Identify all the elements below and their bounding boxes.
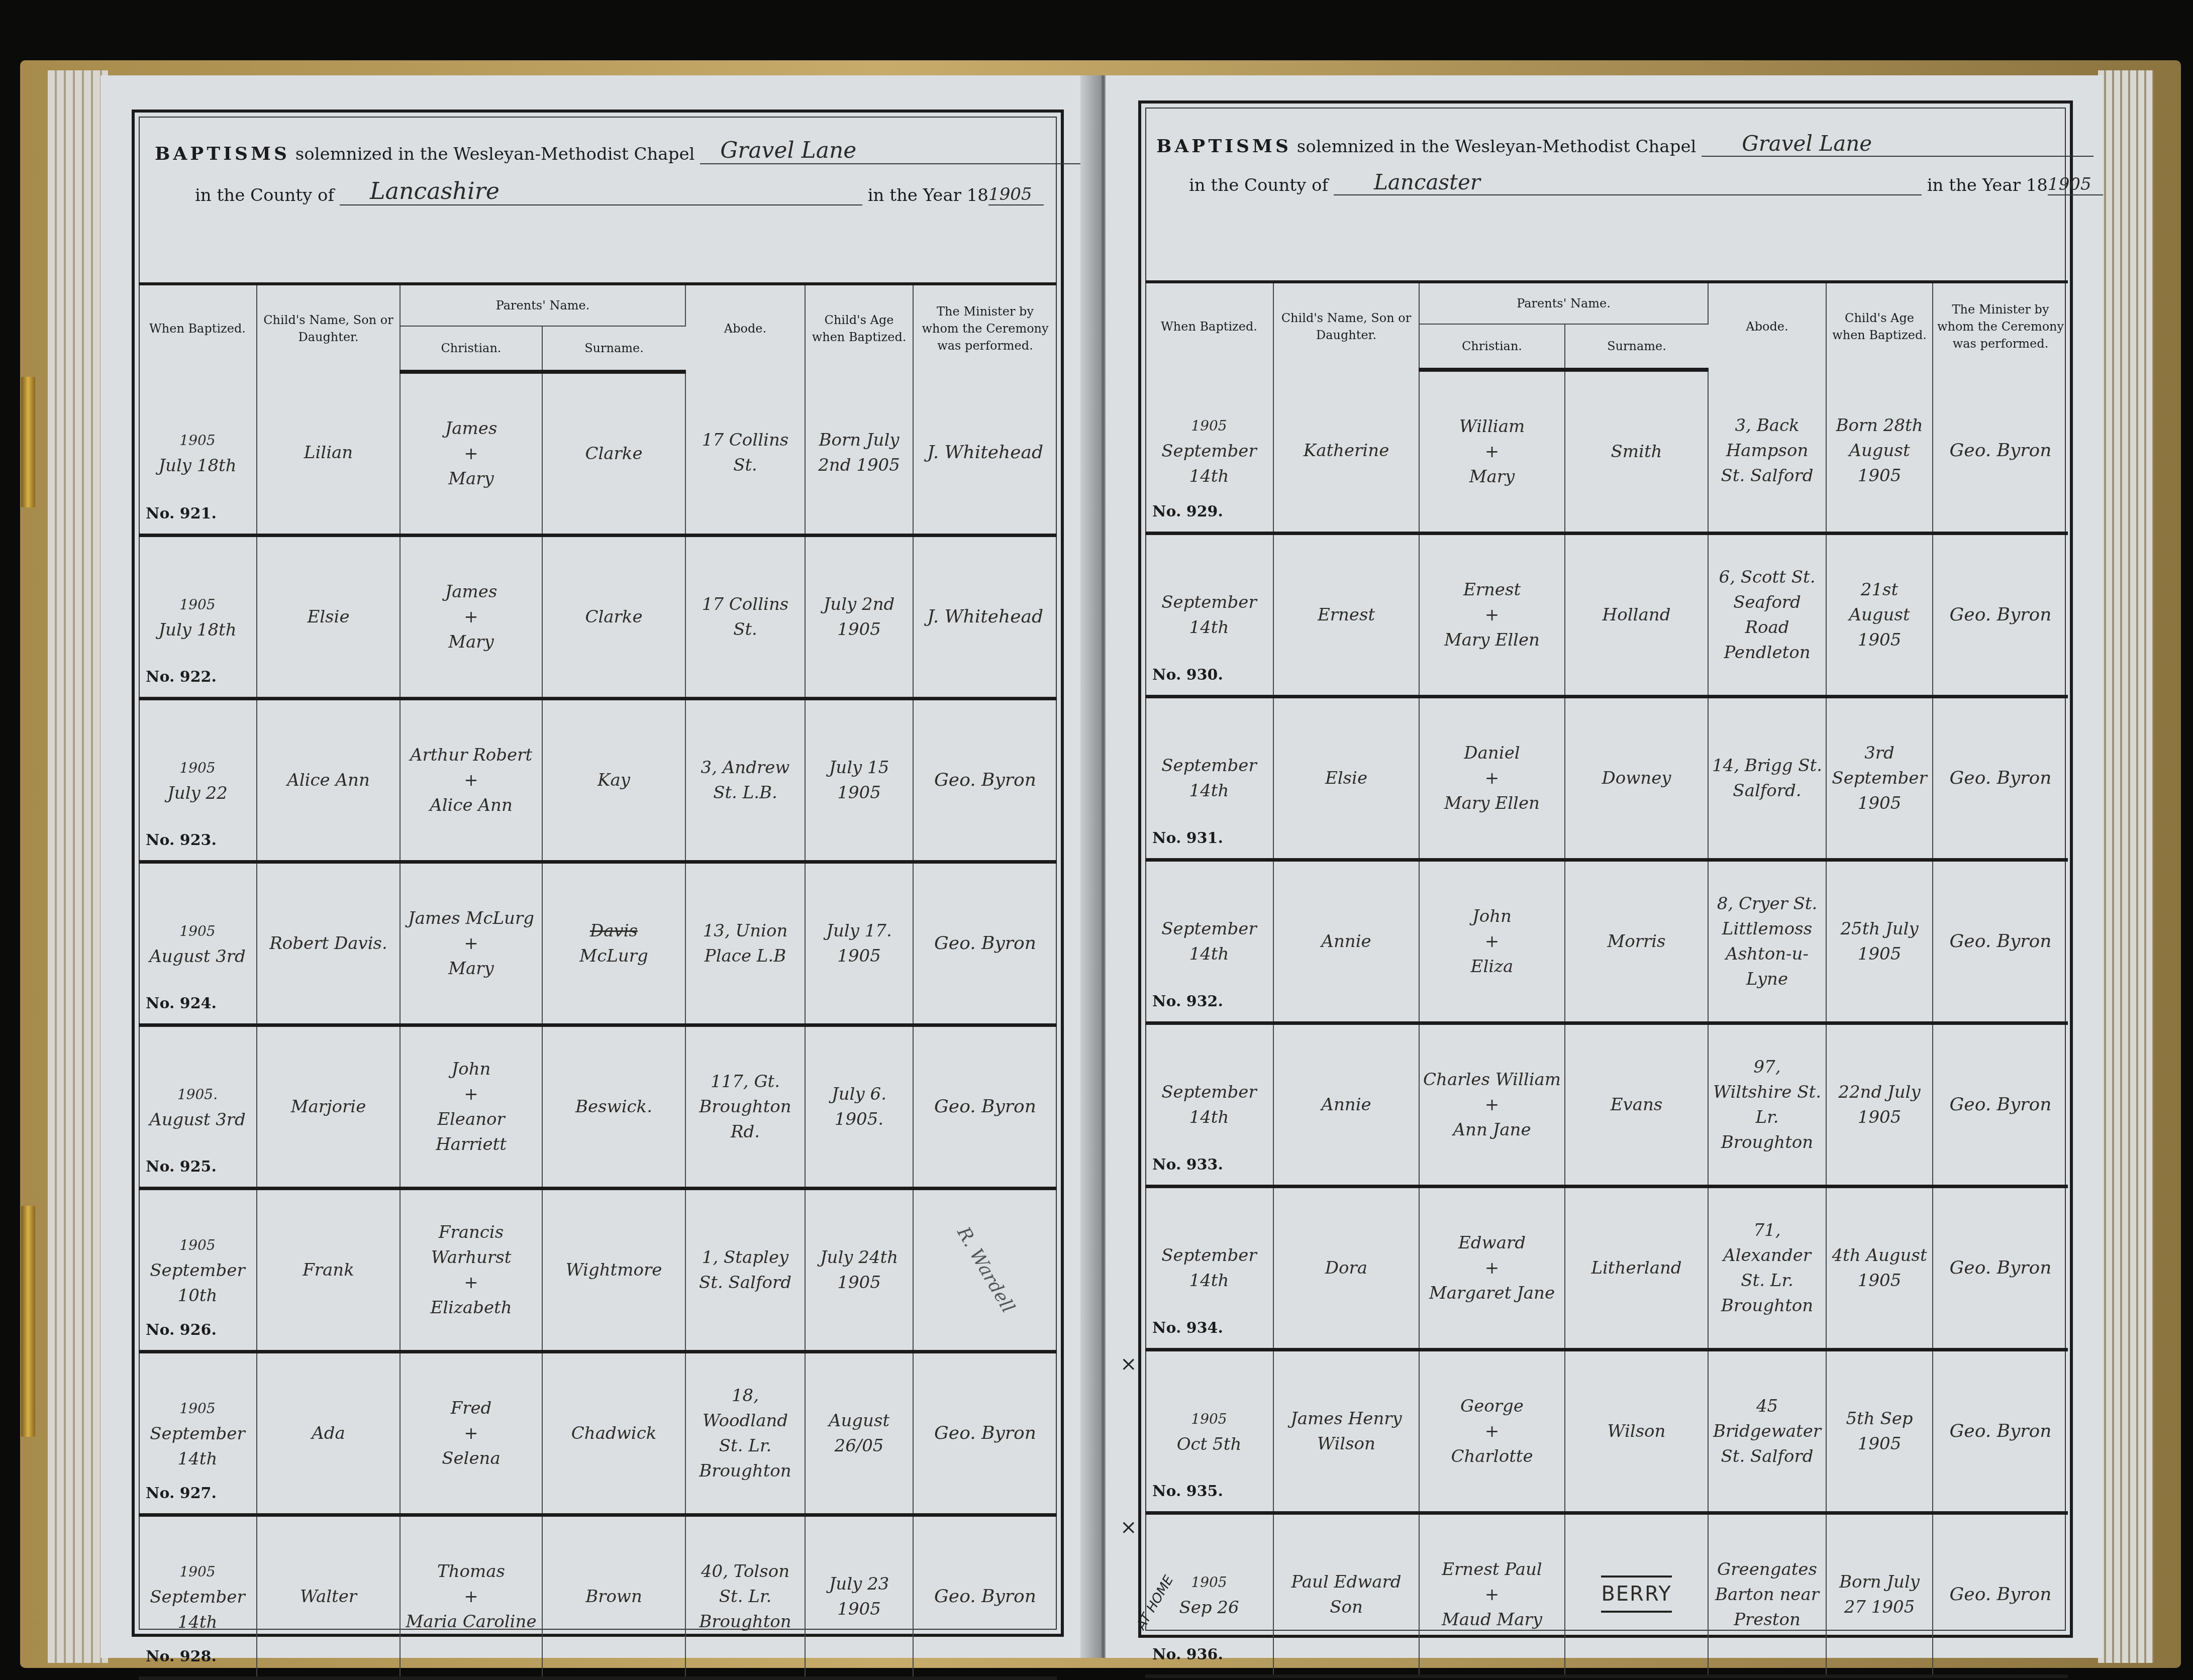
page-edges-right [2098,70,2153,1663]
minister-signature: Geo. Byron [1950,1584,2052,1605]
child-age-cell: 22nd July 1905 [1826,1023,1933,1187]
surname-cell: Brown [542,1515,685,1678]
abode: 97, Wiltshire St. Lr. Broughton [1713,1057,1821,1152]
parents-christian-cell: George+Charlotte [1419,1350,1565,1513]
mother-name: Eleanor Harriett [436,1109,507,1154]
mother-name: Margaret Jane [1429,1283,1555,1303]
register-entry: 1905September 14thNo. 929.KatherineWilli… [1145,370,2068,534]
child-name: Ada [312,1423,345,1443]
baptism-date: September 14th [1161,919,1256,964]
parents-christian-cell: Thomas+Maria Caroline [400,1515,542,1678]
surname: Clarke [585,607,642,627]
ampersand-mark: + [1485,442,1500,462]
ampersand-mark: + [1485,1421,1500,1441]
surname: Litherland [1591,1258,1681,1278]
entry-number: No. 930. [1152,663,1223,688]
baptism-date: September 14th [150,1587,245,1632]
minister-signature: Geo. Byron [1950,1257,2052,1278]
surname: McLurg [579,946,648,966]
minister-cell: Geo. Byron [1933,1187,2068,1350]
register-entry: 1905Sep 26No. 936.×AT HOMEPaul Edward So… [1145,1513,2068,1676]
register-entry: September 14thNo. 931.ElsieDaniel+Mary E… [1145,697,2068,860]
abode-cell: 40, Tolson St. Lr. Broughton [685,1515,805,1678]
abode: 40, Tolson St. Lr. Broughton [699,1561,791,1632]
child-name-cell: Elsie [257,536,400,699]
minister-signature: Geo. Byron [934,770,1036,790]
when-baptized-cell: 1905September 14thNo. 929. [1145,370,1273,534]
minister-signature: Geo. Byron [934,1423,1036,1443]
entry-year: 1905 [179,432,215,449]
child-age-cell: July 17. 1905 [805,862,913,1025]
minister-signature: J. Whitehead [927,442,1043,463]
baptism-date: September 14th [1161,1082,1256,1127]
left-page: BAPTISMS solemnized in the Wesleyan-Meth… [101,75,1101,1658]
abode: 45 Bridgewater St. Salford [1713,1396,1821,1466]
abode-cell: 45 Bridgewater St. Salford [1708,1350,1826,1513]
col-surname: Surname. [1565,324,1708,370]
abode: 3, Back Hampson St. Salford [1721,415,1813,486]
father-name: John [1472,906,1512,926]
minister-signature: Geo. Byron [934,933,1036,954]
child-age-cell: Born 28th August 1905 [1826,370,1933,534]
entry-number: No. 929. [1152,499,1223,524]
parents-christian-cell: Charles William+Ann Jane [1419,1023,1565,1187]
surname-cell: Wilson [1565,1350,1708,1513]
child-age: Born 28th August 1905 [1836,415,1923,486]
parents-christian-cell: William+Mary [1419,370,1565,534]
child-name-cell: Frank [257,1189,400,1352]
minister-cell: Geo. Byron [1933,534,2068,697]
parents-christian-cell: Fred+Selena [400,1352,542,1515]
baptism-date: Oct 5th [1177,1434,1242,1454]
register-entry: 1905July 22No. 923.Alice AnnArthur Rober… [139,699,1057,862]
child-age: 4th August 1905 [1832,1245,1927,1291]
baptism-date: September 10th [150,1261,245,1306]
child-name-cell: Dora [1273,1187,1419,1350]
parents-christian-cell: Edward+Margaret Jane [1419,1187,1565,1350]
clasp-bottom [21,1206,35,1437]
father-name: James McLurg [408,908,534,928]
surname: Smith [1611,442,1662,462]
abode-cell: 3, Back Hampson St. Salford [1708,370,1826,534]
baptism-date: July 22 [167,783,228,803]
mother-name: Maria Caroline [406,1612,536,1632]
minister-cell: R. Wardell [913,1189,1057,1352]
abode: Greengates Barton near Preston [1715,1559,1819,1630]
col-parents-name: Parents' Name. [1419,282,1708,324]
child-name: Robert Davis. [269,933,387,954]
parents-christian-cell: Ernest Paul+Maud Mary [1419,1513,1565,1676]
abode: 17 Collins St. [702,430,789,475]
entry-year: 1905. [177,1086,218,1103]
entry-number: No. 932. [1152,989,1223,1014]
when-baptized-cell: 1905July 18thNo. 922. [139,536,257,699]
minister-cell: Geo. Byron [1933,1023,2068,1187]
ampersand-mark: + [1485,1258,1500,1278]
abode: 1, Stapley St. Salford [699,1247,791,1293]
year-label: in the Year 18 [1927,175,2048,195]
clasp-top [21,377,35,507]
child-name-cell: Ernest [1273,534,1419,697]
surname: Morris [1607,931,1665,952]
surname-cell: BERRY [1565,1513,1708,1676]
at-home-note: AT HOME [1129,1570,1181,1635]
surname: Holland [1603,605,1671,625]
col-minister: The Minister by whom the Ceremony was pe… [913,284,1057,372]
baptism-date: September 14th [1161,441,1256,486]
ampersand-mark: + [1485,768,1500,788]
abode-cell: 1, Stapley St. Salford [685,1189,805,1352]
ampersand-mark: + [464,1273,478,1293]
ampersand-mark: + [1485,1585,1500,1605]
struck-surname: Davis [590,921,638,941]
child-age-cell: 21st August 1905 [1826,534,1933,697]
entry-number: No. 935. [1152,1479,1223,1504]
child-name-cell: Lilian [257,372,400,536]
child-age-cell: Born July 27 1905 [1826,1513,1933,1676]
child-age-cell: 3rd September 1905 [1826,697,1933,860]
abode: 8, Cryer St. Littlemoss Ashton-u-Lyne [1717,894,1818,989]
abode-cell: 71, Alexander St. Lr. Broughton [1708,1187,1826,1350]
child-name: Ernest [1318,605,1375,625]
surname-cell: Kay [542,699,685,862]
minister-cell: Geo. Byron [1933,697,2068,860]
child-name-cell: Robert Davis. [257,862,400,1025]
child-age-cell: July 15 1905 [805,699,913,862]
when-baptized-cell: 1905August 3rdNo. 924. [139,862,257,1025]
parents-christian-cell: Francis Warhurst+Elizabeth [400,1189,542,1352]
child-age-cell: 25th July 1905 [1826,860,1933,1023]
father-name: Ernest [1463,580,1521,600]
mother-name: Selena [442,1448,501,1468]
child-age: July 24th 1905 [820,1247,898,1293]
parents-christian-cell: Daniel+Mary Ellen [1419,697,1565,860]
when-baptized-cell: 1905September 14thNo. 928. [139,1515,257,1678]
right-page-frame: BAPTISMS solemnized in the Wesleyan-Meth… [1138,100,2073,1638]
surname: Evans [1611,1095,1663,1115]
parents-christian-cell: Ernest+Mary Ellen [1419,534,1565,697]
col-surname: Surname. [542,326,685,372]
mother-name: Charlotte [1451,1446,1533,1466]
surname-cell: Evans [1565,1023,1708,1187]
left-page-frame: BAPTISMS solemnized in the Wesleyan-Meth… [132,110,1064,1637]
child-name: Annie [1321,1095,1371,1115]
child-name: Elsie [307,607,349,627]
surname: Downey [1602,768,1671,788]
father-name: Fred [451,1398,492,1418]
when-baptized-cell: 1905Oct 5thNo. 935.× [1145,1350,1273,1513]
surname-cell: Clarke [542,536,685,699]
parents-christian-cell: James+Mary [400,372,542,536]
mother-name: Maud Mary [1442,1610,1542,1630]
surname-cell: Holland [1565,534,1708,697]
ampersand-mark: + [1485,605,1500,625]
surname-cell: Litherland [1565,1187,1708,1350]
when-baptized-cell: 1905September 10thNo. 926. [139,1189,257,1352]
ampersand-mark: + [464,444,478,464]
child-name: James Henry Wilson [1290,1409,1402,1454]
child-age: 3rd September 1905 [1832,743,1927,813]
col-child-age: Child's Age when Baptized. [1826,282,1933,370]
minister-signature: Geo. Byron [1950,931,2052,952]
mother-name: Mary Ellen [1444,793,1540,813]
surname-cell: Downey [1565,697,1708,860]
child-name-cell: Ada [257,1352,400,1515]
minister-signature: Geo. Byron [934,1586,1036,1607]
entry-year: 1905 [179,923,215,939]
baptism-date: July 18th [158,456,236,476]
abode-cell: 18, Woodland St. Lr. Broughton [685,1352,805,1515]
abode-cell: 8, Cryer St. Littlemoss Ashton-u-Lyne [1708,860,1826,1023]
baptism-date: September 14th [150,1424,245,1469]
abode-cell: 117, Gt. Broughton Rd. [685,1025,805,1189]
register-entry: 1905July 18thNo. 922.ElsieJames+MaryClar… [139,536,1057,699]
parents-christian-cell: John+Eleanor Harriett [400,1025,542,1189]
mother-name: Ann Jane [1453,1120,1531,1140]
when-baptized-cell: 1905September 14thNo. 927. [139,1352,257,1515]
minister-cell: J. Whitehead [913,372,1057,536]
child-name-cell: Annie [1273,1023,1419,1187]
col-abode: Abode. [1708,282,1826,370]
father-name: William [1459,416,1525,437]
child-name: Dora [1325,1258,1367,1278]
register-entry: 1905September 14thNo. 927.AdaFred+Selena… [139,1352,1057,1515]
child-age-cell: July 23 1905 [805,1515,913,1678]
entry-year: 1905 [179,1400,215,1417]
register-entry: 1905July 18thNo. 921.LilianJames+MaryCla… [139,372,1057,536]
left-header: BAPTISMS solemnized in the Wesleyan-Meth… [155,138,1061,205]
form-title-bold: BAPTISMS [1156,136,1291,157]
surname: Brown [585,1587,642,1607]
col-child-age: Child's Age when Baptized. [805,284,913,372]
baptism-date: September 14th [1161,756,1256,801]
minister-cell: Geo. Byron [913,1352,1057,1515]
col-parents-name: Parents' Name. [400,284,685,326]
child-age: July 17. 1905 [826,921,892,966]
parents-christian-cell: Arthur Robert+Alice Ann [400,699,542,862]
page-edges-left [48,70,108,1663]
abode-cell: 17 Collins St. [685,372,805,536]
col-christian: Christian. [1419,324,1565,370]
form-title-rest: solemnized in the Wesleyan-Methodist Cha… [295,144,695,164]
surname-cell: DavisMcLurg [542,862,685,1025]
entry-number: No. 936. [1152,1642,1223,1667]
child-age-cell: July 2nd 1905 [805,536,913,699]
child-name: Walter [300,1587,357,1607]
child-name: Marjorie [291,1097,366,1117]
register-entry: 1905September 10thNo. 926.FrankFrancis W… [139,1189,1057,1352]
register-year: 1905 [988,184,1044,205]
abode: 71, Alexander St. Lr. Broughton [1721,1220,1813,1316]
father-name: Edward [1458,1233,1526,1253]
child-name: Katherine [1304,441,1389,461]
entry-number: No. 923. [146,828,217,853]
register-year: 1905 [2048,174,2103,195]
surname: BERRY [1601,1576,1671,1613]
surname: Wilson [1608,1421,1666,1441]
minister-signature: Geo. Byron [1950,604,2052,625]
ampersand-mark: + [464,1587,478,1607]
col-child-name: Child's Name, Son or Daughter. [257,284,400,372]
mother-name: Mary [1469,467,1515,487]
baptism-date: August 3rd [149,947,246,967]
surname-cell: Beswick. [542,1025,685,1189]
entry-year: 1905 [1191,417,1227,434]
baptism-date: September 14th [1161,592,1256,638]
county-name: Lancaster [1334,170,1922,195]
mother-name: Mary [448,632,494,652]
child-name: Frank [303,1260,354,1280]
when-baptized-cell: September 14thNo. 930. [1145,534,1273,697]
child-age: 22nd July 1905 [1838,1082,1920,1127]
ampersand-mark: + [464,770,478,790]
register-entry: September 14thNo. 932.AnnieJohn+ElizaMor… [1145,860,2068,1023]
father-name: Arthur Robert [410,745,532,765]
col-when-baptized: When Baptized. [139,284,257,372]
col-christian: Christian. [400,326,542,372]
county-name: Lancashire [340,177,862,205]
ampersand-mark: + [464,933,478,954]
child-name-cell: Annie [1273,860,1419,1023]
minister-signature: Geo. Byron [1950,1421,2052,1441]
child-age-cell: 4th August 1905 [1826,1187,1933,1350]
baptism-date: September 14th [1161,1245,1256,1291]
parents-christian-cell: James+Mary [400,536,542,699]
child-name: Paul Edward Son [1291,1572,1401,1617]
child-name-cell: Paul Edward Son [1273,1513,1419,1676]
abode-cell: 6, Scott St. Seaford Road Pendleton [1708,534,1826,697]
when-baptized-cell: 1905July 22No. 923. [139,699,257,862]
parents-christian-cell: John+Eliza [1419,860,1565,1023]
child-name-cell: Walter [257,1515,400,1678]
col-minister: The Minister by whom the Ceremony was pe… [1933,282,2068,370]
father-name: James [445,582,497,602]
mother-name: Eliza [1471,957,1514,977]
minister-cell: Geo. Byron [913,1515,1057,1678]
ampersand-mark: + [464,607,478,627]
child-age: 21st August 1905 [1849,580,1910,650]
right-header: BAPTISMS solemnized in the Wesleyan-Meth… [1156,131,2070,195]
entry-year: 1905 [1191,1574,1227,1591]
abode: 18, Woodland St. Lr. Broughton [699,1386,791,1481]
surname-cell: Wightmore [542,1189,685,1352]
child-age-cell: August 26/05 [805,1352,913,1515]
when-baptized-cell: 1905Sep 26No. 936.×AT HOME [1145,1513,1273,1676]
minister-cell: Geo. Byron [913,862,1057,1025]
surname: Chadwick [571,1423,657,1443]
child-name: Alice Ann [287,770,370,790]
ampersand-mark: + [1485,931,1500,952]
col-when-baptized: When Baptized. [1145,282,1273,370]
father-name: Thomas [437,1561,505,1582]
father-name: Daniel [1464,743,1520,763]
father-name: Ernest Paul [1442,1559,1542,1580]
child-age: July 23 1905 [829,1574,889,1619]
chapel-name: Gravel Lane [1702,131,2094,157]
county-label: in the County of [1189,175,1328,195]
col-abode: Abode. [685,284,805,372]
form-title-rest: solemnized in the Wesleyan-Methodist Cha… [1297,137,1697,157]
mother-name: Elizabeth [430,1298,512,1318]
minister-cell: Geo. Byron [913,1025,1057,1189]
right-page: BAPTISMS solemnized in the Wesleyan-Meth… [1106,75,2103,1658]
minister-signature: Geo. Byron [1950,768,2052,788]
mother-name: Alice Ann [430,795,513,815]
entry-year: 1905 [179,596,215,613]
minister-cell: Geo. Byron [1933,370,2068,534]
register-entry: 1905August 3rdNo. 924.Robert Davis.James… [139,862,1057,1025]
ampersand-mark: + [464,1084,478,1104]
mother-name: Mary [448,469,494,489]
child-age-cell: July 6. 1905. [805,1025,913,1189]
father-name: George [1460,1396,1524,1416]
minister-signature: Geo. Byron [1950,440,2052,461]
minister-cell: Geo. Byron [1933,1513,2068,1676]
child-age: Born July 27 1905 [1839,1572,1920,1617]
minister-cell: J. Whitehead [913,536,1057,699]
entry-number: No. 927. [146,1481,217,1506]
register-entry: 1905.August 3rdNo. 925.MarjorieJohn+Elea… [139,1025,1057,1189]
register-entry: September 14thNo. 934.DoraEdward+Margare… [1145,1187,2068,1350]
abode: 13, Union Place L.B [703,921,788,966]
mother-name: Mary [448,959,494,979]
child-age-cell: July 24th 1905 [805,1189,913,1352]
minister-signature: Geo. Byron [934,1096,1036,1117]
when-baptized-cell: September 14thNo. 931. [1145,697,1273,860]
surname: Kay [597,770,630,790]
baptism-date: July 18th [158,620,236,640]
child-age: Born July 2nd 1905 [818,430,900,475]
entry-year: 1905 [179,760,215,776]
father-name: Charles William [1423,1070,1561,1090]
surname: Clarke [585,444,642,464]
child-age: 25th July 1905 [1840,919,1918,964]
minister-signature: R. Wardell [950,1222,1020,1317]
child-age-cell: Born July 2nd 1905 [805,372,913,536]
entry-number: No. 924. [146,991,217,1016]
child-name-cell: Alice Ann [257,699,400,862]
register-entry: 1905Oct 5thNo. 935.×James Henry WilsonGe… [1145,1350,2068,1513]
minister-signature: J. Whitehead [927,606,1043,627]
surname: Beswick. [575,1097,652,1117]
entry-year: 1905 [179,1237,215,1253]
form-title-bold: BAPTISMS [155,143,290,164]
chapel-name: Gravel Lane [700,138,1082,164]
surname: Wightmore [566,1260,662,1280]
surname-cell: Morris [1565,860,1708,1023]
entry-number: No. 922. [146,665,217,690]
child-name-cell: Marjorie [257,1025,400,1189]
col-child-name: Child's Name, Son or Daughter. [1273,282,1419,370]
when-baptized-cell: September 14thNo. 934. [1145,1187,1273,1350]
abode-cell: 17 Collins St. [685,536,805,699]
county-label: in the County of [195,185,334,205]
child-name: Elsie [1325,768,1367,788]
child-age-cell: 5th Sep 1905 [1826,1350,1933,1513]
entry-number: No. 934. [1152,1316,1223,1341]
margin-cross-mark: × [1120,1515,1137,1540]
father-name: John [452,1059,491,1079]
when-baptized-cell: 1905July 18thNo. 921. [139,372,257,536]
minister-cell: Geo. Byron [913,699,1057,862]
surname-cell: Smith [1565,370,1708,534]
surname-cell: Clarke [542,372,685,536]
parents-christian-cell: James McLurg+Mary [400,862,542,1025]
when-baptized-cell: September 14thNo. 932. [1145,860,1273,1023]
father-name: James [445,418,497,439]
when-baptized-cell: 1905.August 3rdNo. 925. [139,1025,257,1189]
abode-cell: 13, Union Place L.B [685,862,805,1025]
